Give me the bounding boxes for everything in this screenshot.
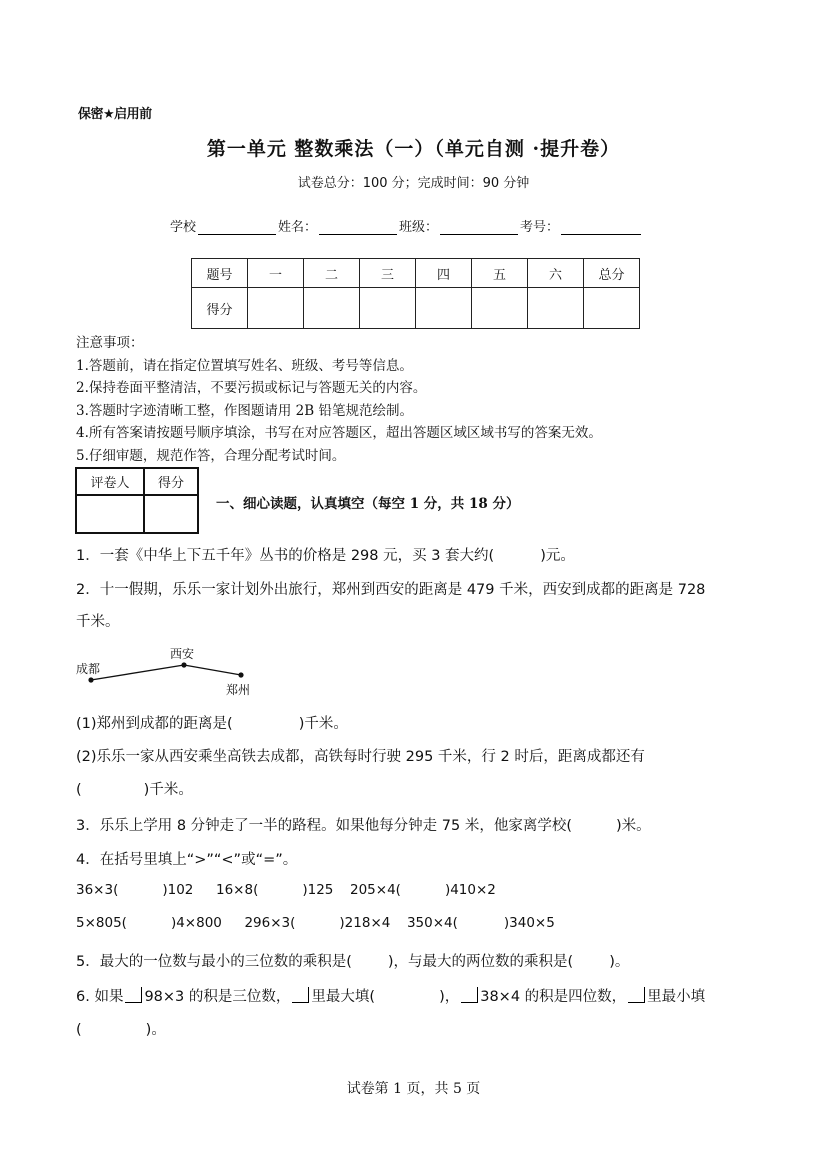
question-text: )，	[439, 989, 459, 1005]
score-cell[interactable]	[584, 288, 640, 329]
grader-score-header: 得分	[144, 468, 198, 495]
class-label: 班级：	[399, 216, 438, 235]
name-label: 姓名：	[278, 216, 317, 235]
comparison-left: 296×3(	[244, 915, 295, 931]
class-field[interactable]	[440, 220, 518, 235]
page-footer: 试卷第 1 页，共 5 页	[0, 1078, 827, 1098]
question-6-line-2: ()。	[76, 1018, 166, 1039]
grader-score-cell[interactable]	[144, 495, 198, 533]
comparison-right: )125	[302, 882, 333, 898]
school-label: 学校	[170, 216, 196, 235]
question-text: 5．最大的一位数与最小的三位数的乘积是(	[76, 954, 352, 970]
question-3: 3．乐乐上学用 8 分钟走了一半的路程。如果他每分钟走 75 米，他家离学校()…	[76, 814, 651, 835]
instructions-title: 注意事项：	[76, 332, 602, 355]
question-text: 38×4 的积是四位数，	[480, 989, 626, 1005]
question-2-2-line-2: ()千米。	[76, 778, 193, 799]
score-cell[interactable]	[248, 288, 304, 329]
question-text: 里最大填(	[311, 989, 375, 1005]
score-cell[interactable]	[416, 288, 472, 329]
header-cell: 六	[528, 259, 584, 288]
comparison-left: 16×8(	[216, 882, 258, 898]
header-cell: 三	[360, 259, 416, 288]
score-cell[interactable]	[304, 288, 360, 329]
comparison-right: )102	[162, 882, 193, 898]
question-text: 里最小填	[647, 989, 705, 1005]
instructions: 注意事项： 1.答题前，请在指定位置填写姓名、班级、考号等信息。 2.保持卷面平…	[76, 332, 602, 467]
question-4: 4．在括号里填上“>”“<”或“=”。	[76, 848, 297, 869]
name-field[interactable]	[319, 220, 397, 235]
question-2-line-1: 2．十一假期，乐乐一家计划外出旅行，郑州到西安的距离是 479 千米，西安到成都…	[76, 578, 705, 599]
instruction-item: 3.答题时字迹清晰工整，作图题请用 2B 铅笔规范绘制。	[76, 400, 602, 423]
question-4-row-1: 36×3()102 16×8()125 205×4()410×2	[76, 882, 496, 898]
question-2-2-line-1: (2)乐乐一家从西安乘坐高铁去成都，高铁每时行驶 295 千米，行 2 时后，距…	[76, 745, 645, 766]
question-text: )千米。	[299, 716, 348, 732]
comparison-right: )410×2	[445, 882, 496, 898]
digit-box[interactable]	[461, 987, 478, 1003]
route-diagram: 成都 西安 郑州	[74, 644, 274, 700]
question-text: )千米。	[144, 782, 193, 798]
section-1-heading: 一、细心读题，认真填空（每空 1 分，共 18 分）	[216, 492, 519, 512]
grader-box: 评卷人 得分	[75, 467, 199, 534]
question-text: 1．一套《中华上下五千年》丛书的价格是 298 元，买 3 套大约(	[76, 548, 494, 564]
header-cell: 二	[304, 259, 360, 288]
student-info-row: 学校 姓名： 班级： 考号：	[170, 216, 643, 235]
score-table-header-row: 题号 一 二 三 四 五 六 总分	[192, 259, 640, 288]
score-cell[interactable]	[360, 288, 416, 329]
instruction-item: 2.保持卷面平整清洁，不要污损或标记与答题无关的内容。	[76, 377, 602, 400]
confidential-label: 保密★启用前	[78, 103, 152, 122]
grader-name-cell[interactable]	[76, 495, 144, 533]
score-cell[interactable]	[472, 288, 528, 329]
comparison-right: )4×800	[171, 915, 222, 931]
question-text: (	[76, 1022, 82, 1038]
question-text: )元。	[540, 548, 575, 564]
instruction-item: 5.仔细审题，规范作答，合理分配考试时间。	[76, 445, 602, 468]
question-5: 5．最大的一位数与最小的三位数的乘积是()，与最大的两位数的乘积是()。	[76, 950, 629, 971]
question-text: (1)郑州到成都的距离是(	[76, 716, 233, 732]
comparison-left: 205×4(	[350, 882, 401, 898]
city-label-zhengzhou: 郑州	[226, 681, 250, 698]
digit-box	[628, 987, 645, 1003]
comparison-left: 36×3(	[76, 882, 118, 898]
grader-header: 评卷人	[76, 468, 144, 495]
header-cell: 一	[248, 259, 304, 288]
score-table: 题号 一 二 三 四 五 六 总分 得分	[191, 258, 640, 329]
score-cell[interactable]	[528, 288, 584, 329]
score-table-score-row: 得分	[192, 288, 640, 329]
question-text: )。	[146, 1022, 166, 1038]
comparison-left: 5×805(	[76, 915, 127, 931]
header-cell: 总分	[584, 259, 640, 288]
question-text: 3．乐乐上学用 8 分钟走了一半的路程。如果他每分钟走 75 米，他家离学校(	[76, 818, 572, 834]
comparison-left: 350×4(	[407, 915, 458, 931]
instruction-item: 4.所有答案请按题号顺序填涂，书写在对应答题区，超出答题区域区域书写的答案无效。	[76, 422, 602, 445]
question-text: )。	[609, 954, 629, 970]
header-cell: 五	[472, 259, 528, 288]
question-text: )，与最大的两位数的乘积是(	[388, 954, 573, 970]
comparison-right: )218×4	[339, 915, 390, 931]
score-row-label: 得分	[192, 288, 248, 329]
instruction-item: 1.答题前，请在指定位置填写姓名、班级、考号等信息。	[76, 355, 602, 378]
city-label-chengdu: 成都	[76, 660, 100, 677]
digit-box	[292, 987, 309, 1003]
page-title: 第一单元 整数乘法（一）（单元自测 ·提升卷）	[0, 134, 827, 161]
question-6-line-1: 6. 如果98×3 的积是三位数，里最大填()，38×4 的积是四位数，里最小填	[76, 985, 705, 1006]
question-text: 6. 如果	[76, 989, 123, 1005]
question-2-1: (1)郑州到成都的距离是()千米。	[76, 712, 348, 733]
exam-meta: 试卷总分：100 分；完成时间：90 分钟	[0, 172, 827, 191]
question-2-line-2: 千米。	[76, 610, 120, 631]
header-cell: 题号	[192, 259, 248, 288]
comparison-right: )340×5	[504, 915, 555, 931]
question-text: )米。	[616, 818, 651, 834]
school-field[interactable]	[198, 220, 276, 235]
question-text: 98×3 的积是三位数，	[144, 989, 290, 1005]
question-text: (	[76, 782, 82, 798]
header-cell: 四	[416, 259, 472, 288]
question-1: 1．一套《中华上下五千年》丛书的价格是 298 元，买 3 套大约()元。	[76, 544, 575, 565]
question-4-row-2: 5×805()4×800 296×3()218×4 350×4()340×5	[76, 915, 555, 931]
city-label-xian: 西安	[170, 645, 194, 662]
digit-box[interactable]	[125, 987, 142, 1003]
exam-number-label: 考号：	[520, 216, 559, 235]
exam-number-field[interactable]	[561, 220, 641, 235]
